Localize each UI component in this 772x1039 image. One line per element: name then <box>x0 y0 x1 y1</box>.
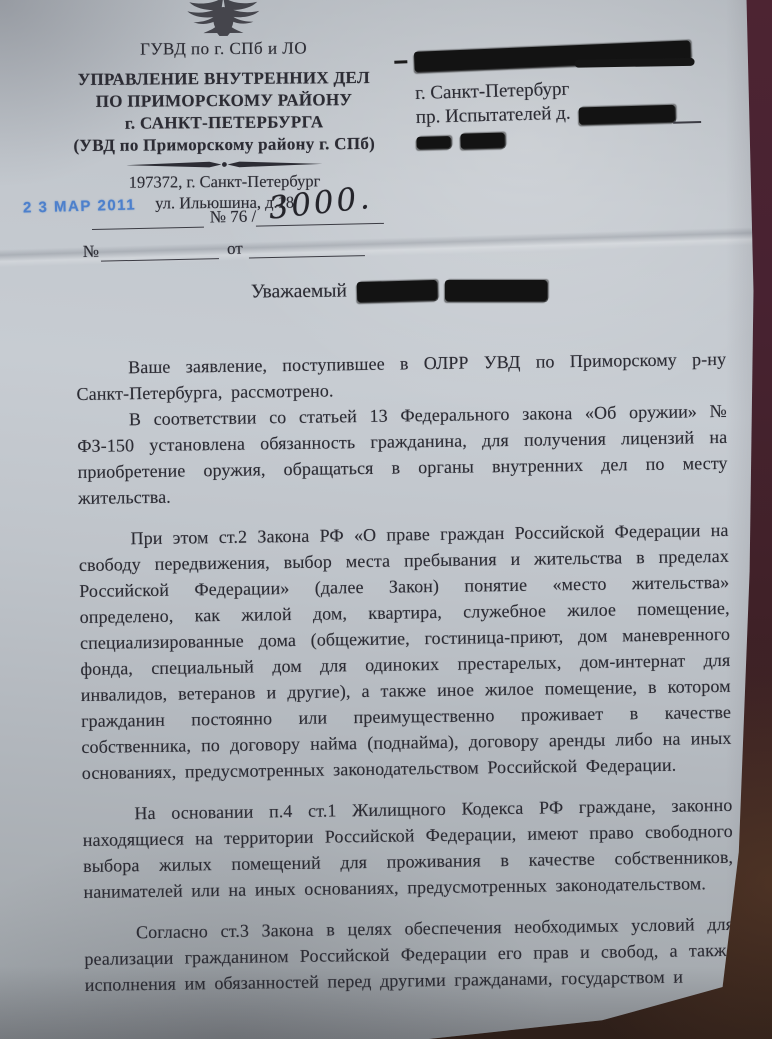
redaction-addressee-firstname <box>357 280 438 302</box>
org-name-line: ПО ПРИМОРСКОМУ РАЙОНУ <box>46 89 402 113</box>
agency-top-line: ГУВД по г. СПб и ЛО <box>46 38 402 60</box>
handwritten-number: 3000. <box>268 198 371 209</box>
org-name-line: УПРАВЛЕНИЕ ВНУТРЕННИХ ДЕЛ <box>46 67 402 91</box>
no-sign: № <box>83 242 100 261</box>
from-label: от <box>227 239 243 258</box>
salutation-line: Уважаемый <box>251 278 547 303</box>
recipient-redacted-row <box>416 127 716 150</box>
body-paragraph: Ваше заявление, поступившее в ОЛРР УВД п… <box>76 346 727 407</box>
recipient-block: г. Санкт-Петербург пр. Испытателей д. <box>414 42 717 150</box>
redaction-mark <box>416 136 450 149</box>
salutation-word: Уважаемый <box>251 281 347 304</box>
header-divider <box>46 159 402 170</box>
mvd-eagle-emblem-icon <box>45 0 401 37</box>
photo-scene: ГУВД по г. СПб и ЛО УПРАВЛЕНИЕ ВНУТРЕННИ… <box>0 0 772 1039</box>
body-paragraph: При этом ст.2 Закона РФ «О праве граждан… <box>78 517 732 786</box>
date-blank-line <box>92 208 204 230</box>
body-paragraph: На основании п.4 ст.1 Жилищного Кодекса … <box>82 792 733 905</box>
letter-paper: ГУВД по г. СПб и ЛО УПРАВЛЕНИЕ ВНУТРЕННИ… <box>0 0 772 1039</box>
redaction-mark <box>460 133 504 149</box>
redaction-recipient-name <box>414 40 691 72</box>
blank-line <box>248 236 364 258</box>
redaction-addressee-patronymic <box>445 279 547 300</box>
body-paragraph: Согласно ст.3 Закона в целях обеспечения… <box>84 911 735 998</box>
body-paragraph: В соответствии со статьей 13 Федеральног… <box>77 398 728 511</box>
org-name-lines: УПРАВЛЕНИЕ ВНУТРЕННИХ ДЕЛ ПО ПРИМОРСКОМУ… <box>46 67 403 157</box>
number-blank-line: 3000. <box>256 204 384 227</box>
incoming-reference-line: №от <box>83 236 365 262</box>
blank-line <box>101 239 219 261</box>
number-prefix: № 76 / <box>210 207 257 227</box>
org-name-line: г. САНКТ-ПЕТЕРБУРГА <box>46 111 402 135</box>
recipient-street-label: пр. Испытателей д. <box>416 103 571 129</box>
org-name-line: (УВД по Приморскому району г. СПб) <box>46 133 402 157</box>
letter-body: Ваше заявление, поступившее в ОЛРР УВД п… <box>76 346 735 998</box>
mvd-eagle-emblem-icon <box>174 0 272 37</box>
redaction-house-number <box>578 104 674 124</box>
